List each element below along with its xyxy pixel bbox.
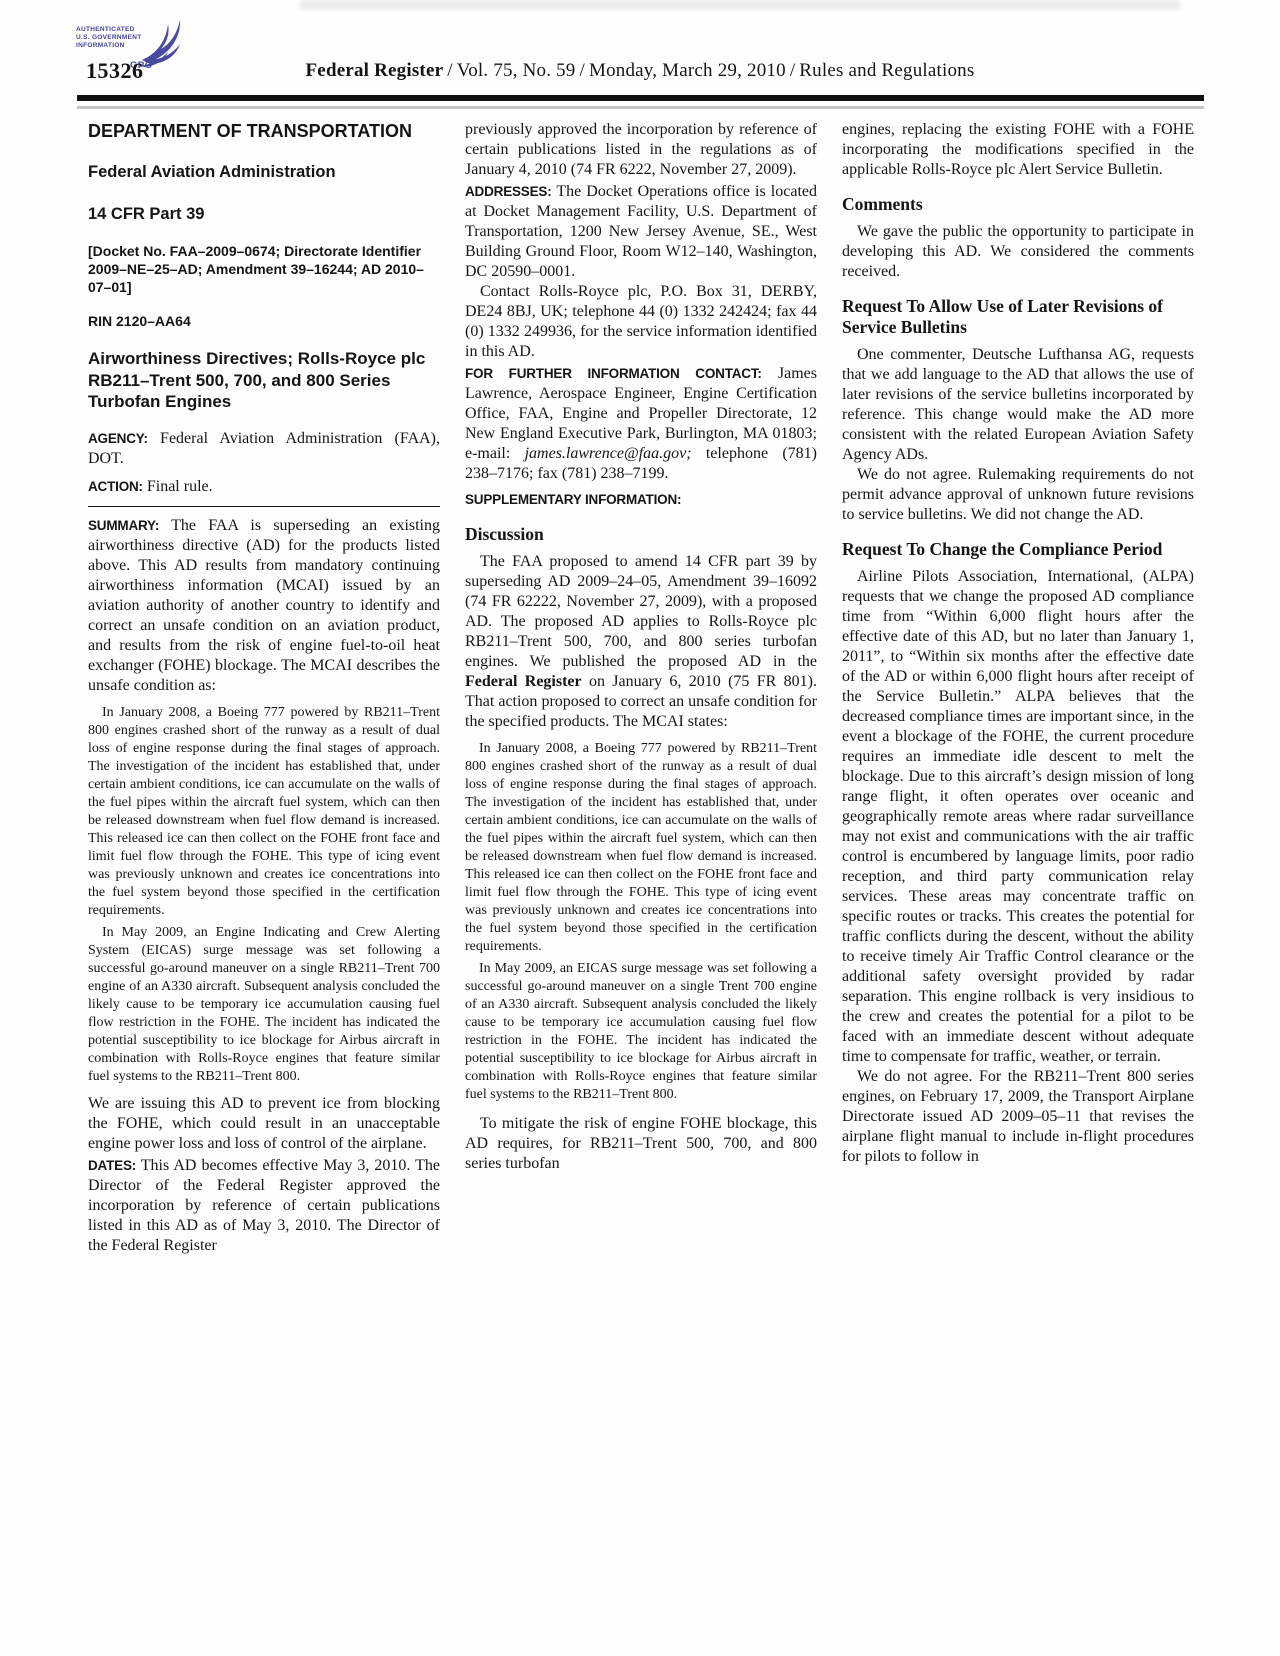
addresses-label: ADDRESSES:: [465, 184, 552, 199]
column-2: previously approved the incorporation by…: [465, 120, 817, 1256]
agency-heading: Federal Aviation Administration: [88, 162, 440, 182]
mcai-quote-2-repeat: In May 2009, an EICAS surge message was …: [465, 960, 817, 1104]
journal-name: Federal Register: [306, 60, 444, 81]
header-rule-thick: [77, 95, 1204, 101]
mcai-quote-1: In January 2008, a Boeing 777 powered by…: [88, 704, 440, 920]
gpo-seal-line2: U.S. GOVERNMENT: [76, 34, 142, 42]
action-label: ACTION:: [88, 479, 143, 494]
rin-number: RIN 2120–AA64: [88, 312, 440, 330]
lufthansa-request-paragraph: One commenter, Deutsche Lufthansa AG, re…: [842, 345, 1194, 465]
supplementary-information-label-paragraph: SUPPLEMENTARY INFORMATION:: [465, 490, 817, 510]
disagree-revisions-paragraph: We do not agree. Rulemaking requirements…: [842, 465, 1194, 525]
mitigate-continuation-paragraph: engines, replacing the existing FOHE wit…: [842, 120, 1194, 180]
running-head: Federal Register / Vol. 75, No. 59 / Mon…: [0, 60, 1280, 82]
column-1: DEPARTMENT OF TRANSPORTATION Federal Avi…: [88, 120, 440, 1256]
mitigate-paragraph: To mitigate the risk of engine FOHE bloc…: [465, 1114, 817, 1174]
addresses-paragraph: ADDRESSES: The Docket Operations office …: [465, 182, 817, 282]
gpo-seal-line1: AUTHENTICATED: [76, 26, 142, 34]
request-later-revisions-heading: Request To Allow Use of Later Revisions …: [842, 296, 1194, 338]
agency-label: AGENCY:: [88, 431, 148, 446]
discussion-heading: Discussion: [465, 524, 817, 545]
comments-paragraph: We gave the public the opportunity to pa…: [842, 222, 1194, 282]
agency-paragraph: AGENCY: Federal Aviation Administration …: [88, 429, 440, 469]
federal-register-bold: Federal Register: [465, 673, 582, 690]
comments-heading: Comments: [842, 194, 1194, 215]
section-divider-rule: [88, 506, 440, 507]
scan-artifact: [300, 0, 1180, 10]
docket-number: [Docket No. FAA–2009–0674; Directorate I…: [88, 242, 440, 296]
gpo-seal-text: AUTHENTICATED U.S. GOVERNMENT INFORMATIO…: [76, 26, 142, 50]
issuing-paragraph: We are issuing this AD to prevent ice fr…: [88, 1094, 440, 1154]
dates-continuation-paragraph: previously approved the incorporation by…: [465, 120, 817, 180]
dates-label: DATES:: [88, 1158, 136, 1173]
dates-paragraph: DATES: This AD becomes effective May 3, …: [88, 1156, 440, 1256]
federal-register-page: AUTHENTICATED U.S. GOVERNMENT INFORMATIO…: [0, 0, 1280, 1656]
action-text: Final rule.: [143, 478, 213, 495]
action-paragraph: ACTION: Final rule.: [88, 477, 440, 497]
dates-text: This AD becomes effective May 3, 2010. T…: [88, 1157, 440, 1254]
summary-label: SUMMARY:: [88, 518, 159, 533]
further-information-label: FOR FURTHER INFORMATION CONTACT:: [465, 366, 762, 381]
cfr-part-heading: 14 CFR Part 39: [88, 204, 440, 224]
contact-email: james.lawrence@faa.gov;: [525, 445, 692, 462]
summary-paragraph: SUMMARY: The FAA is superseding an exist…: [88, 516, 440, 696]
summary-text: The FAA is superseding an existing airwo…: [88, 517, 440, 694]
proposed-ad-paragraph: The FAA proposed to amend 14 CFR part 39…: [465, 552, 817, 732]
header-rule-thin: [77, 106, 1204, 109]
disagree-compliance-paragraph: We do not agree. For the RB211–Trent 800…: [842, 1067, 1194, 1167]
contact-rolls-royce-paragraph: Contact Rolls-Royce plc, P.O. Box 31, DE…: [465, 282, 817, 362]
request-compliance-period-heading: Request To Change the Compliance Period: [842, 539, 1194, 560]
gpo-seal-line3: INFORMATION: [76, 42, 142, 50]
alpa-request-paragraph: Airline Pilots Association, Internationa…: [842, 567, 1194, 1067]
proposed-ad-text: The FAA proposed to amend 14 CFR part 39…: [465, 553, 817, 670]
running-head-rest: / Vol. 75, No. 59 / Monday, March 29, 20…: [443, 60, 974, 81]
further-information-paragraph: FOR FURTHER INFORMATION CONTACT: James L…: [465, 364, 817, 484]
department-heading: DEPARTMENT OF TRANSPORTATION: [88, 120, 440, 142]
three-column-body: DEPARTMENT OF TRANSPORTATION Federal Avi…: [88, 120, 1194, 1256]
rule-title: Airworthiness Directives; Rolls-Royce pl…: [88, 348, 440, 413]
mcai-quote-1-repeat: In January 2008, a Boeing 777 powered by…: [465, 740, 817, 956]
column-3: engines, replacing the existing FOHE wit…: [842, 120, 1194, 1256]
mcai-quote-2: In May 2009, an Engine Indicating and Cr…: [88, 924, 440, 1086]
supplementary-information-label: SUPPLEMENTARY INFORMATION:: [465, 492, 681, 507]
